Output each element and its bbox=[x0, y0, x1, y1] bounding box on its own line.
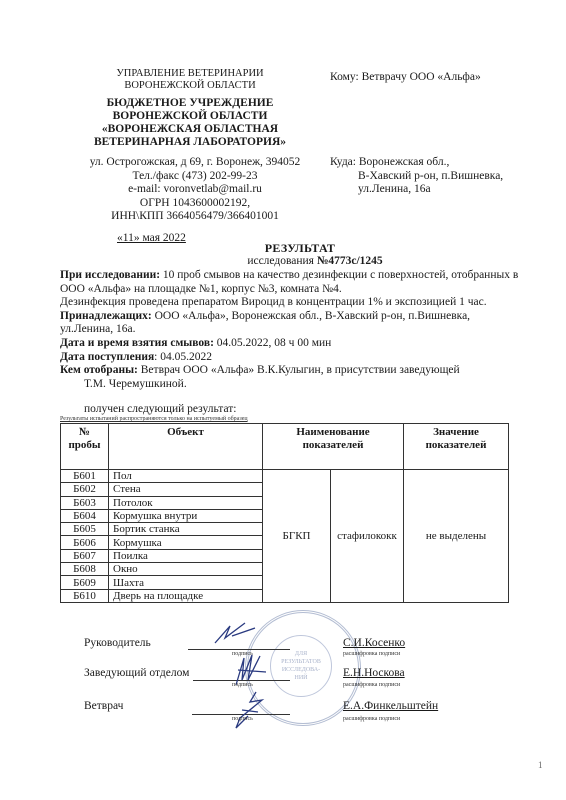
study-text1: 10 проб смывов на качество дезинфекции с… bbox=[160, 269, 518, 281]
owner-line: Принадлежащих: ООО «Альфа», Воронежская … bbox=[60, 310, 550, 324]
result-subtitle-prefix: исследования bbox=[247, 255, 317, 267]
result-title: РЕЗУЛЬТАТ bbox=[60, 241, 540, 255]
decode-caption-1: расшифровка подписи bbox=[343, 651, 400, 657]
collected-text1: Ветврач ООО «Альфа» В.К.Кулыгин, в прису… bbox=[138, 364, 460, 376]
org-name: БЮДЖЕТНОЕ УЧРЕЖДЕНИЕ ВОРОНЕЖСКОЙ ОБЛАСТИ… bbox=[80, 97, 300, 149]
row-object: Кормушка внутри bbox=[109, 509, 263, 522]
org-parent-line1: УПРАВЛЕНИЕ ВЕТЕРИНАРИИ bbox=[100, 68, 280, 80]
study-text3: Дезинфекция проведена препаратом Вироцид… bbox=[60, 296, 550, 310]
header-object: Объект bbox=[109, 424, 263, 470]
org-address: ул. Острогожская, д 69, г. Воронеж, 3940… bbox=[80, 156, 310, 170]
org-inn-kpp: ИНН\КПП 3664056479/366401001 bbox=[80, 210, 310, 224]
decode-caption-2: расшифровка подписи bbox=[343, 682, 400, 688]
signer-name-3: Е.А.Финкельштейн bbox=[343, 700, 438, 712]
table-row: Б601 Пол БГКП стафилококк не выделены bbox=[61, 470, 509, 483]
signature-scribble-3 bbox=[228, 688, 268, 733]
row-num: Б610 bbox=[61, 589, 109, 602]
signature-scribble-1 bbox=[210, 618, 260, 648]
header-value: Значение показателей bbox=[404, 424, 509, 470]
org-parent: УПРАВЛЕНИЕ ВЕТЕРИНАРИИ ВОРОНЕЖСКОЙ ОБЛАС… bbox=[100, 68, 280, 92]
org-ogrn: ОГРН 1043600002192, bbox=[80, 197, 310, 211]
recipient-where: Куда: Воронежская обл., В-Хавский р-он, … bbox=[330, 156, 503, 197]
signer-role-2: Заведующий отделом bbox=[84, 667, 189, 679]
org-name-line3: «ВОРОНЕЖСКАЯ ОБЛАСТНАЯ bbox=[80, 123, 300, 136]
stamp-line1: ДЛЯ bbox=[281, 650, 321, 658]
row-num: Б603 bbox=[61, 496, 109, 509]
header-indicator-line1: Наименование bbox=[267, 426, 399, 439]
row-num: Б608 bbox=[61, 563, 109, 576]
stamp-line2: РЕЗУЛЬТАТОВ bbox=[281, 658, 321, 666]
row-num: Б602 bbox=[61, 483, 109, 496]
signature-caption-3: подпись bbox=[232, 716, 253, 722]
received-text: : 04.05.2022 bbox=[154, 351, 212, 363]
row-object: Бортик станка bbox=[109, 523, 263, 536]
recipient-where-line3: ул.Ленина, 16а bbox=[330, 183, 503, 197]
study-line: При исследовании: 10 проб смывов на каче… bbox=[60, 269, 550, 283]
study-label: При исследовании: bbox=[60, 269, 160, 281]
owner-text2: ул.Ленина, 16а. bbox=[60, 323, 550, 337]
study-details: При исследовании: 10 проб смывов на каче… bbox=[60, 269, 550, 391]
org-parent-line2: ВОРОНЕЖСКОЙ ОБЛАСТИ bbox=[100, 80, 280, 92]
row-object: Стена bbox=[109, 483, 263, 496]
stamp-line3: ИССЛЕДОВА- bbox=[281, 666, 321, 674]
owner-text1: ООО «Альфа», Воронежская обл., В-Хавский… bbox=[152, 310, 470, 322]
result-note: Результаты испытаний распространяются то… bbox=[60, 416, 248, 423]
row-object: Кормушка bbox=[109, 536, 263, 549]
page-number: 1 bbox=[538, 760, 543, 770]
decode-caption-3: расшифровка подписи bbox=[343, 716, 400, 722]
org-name-line4: ВЕТЕРИНАРНАЯ ЛАБОРАТОРИЯ» bbox=[80, 136, 300, 149]
org-name-line1: БЮДЖЕТНОЕ УЧРЕЖДЕНИЕ bbox=[80, 97, 300, 110]
result-title-block: РЕЗУЛЬТАТ исследования №4773с/1245 bbox=[60, 241, 540, 268]
org-name-line2: ВОРОНЕЖСКОЙ ОБЛАСТИ bbox=[80, 110, 300, 123]
row-object: Потолок bbox=[109, 496, 263, 509]
collected-text2: Т.М. Черемушкиной. bbox=[60, 378, 550, 392]
row-num: Б609 bbox=[61, 576, 109, 589]
row-object: Поилка bbox=[109, 549, 263, 562]
signer-role-1: Руководитель bbox=[84, 637, 151, 649]
indicator-value: не выделены bbox=[404, 470, 509, 603]
row-num: Б604 bbox=[61, 509, 109, 522]
received-label: Дата поступления bbox=[60, 351, 154, 363]
header-num: № пробы bbox=[61, 424, 109, 470]
org-email: e-mail: voronvetlab@mail.ru bbox=[80, 183, 310, 197]
header-indicator: Наименование показателей bbox=[263, 424, 404, 470]
sampling-label: Дата и время взятия смывов: bbox=[60, 337, 214, 349]
result-number: №4773с/1245 bbox=[317, 255, 383, 267]
row-object: Окно bbox=[109, 563, 263, 576]
recipient-where-line2: В-Хавский р-он, п.Вишневка, bbox=[330, 170, 503, 184]
signer-name-2: Е.Н.Носкова bbox=[343, 667, 405, 679]
header-num-line2: пробы bbox=[65, 439, 104, 452]
org-contacts: ул. Острогожская, д 69, г. Воронеж, 3940… bbox=[80, 156, 310, 224]
row-object: Шахта bbox=[109, 576, 263, 589]
owner-label: Принадлежащих: bbox=[60, 310, 152, 322]
row-object: Пол bbox=[109, 470, 263, 483]
stamp-inner: ДЛЯ РЕЗУЛЬТАТОВ ИССЛЕДОВА- НИЙ bbox=[270, 635, 332, 697]
row-num: Б605 bbox=[61, 523, 109, 536]
header-value-line2: показателей bbox=[408, 439, 504, 452]
row-num: Б607 bbox=[61, 549, 109, 562]
signer-name-1: С.И.Косенко bbox=[343, 637, 405, 649]
header-value-line1: Значение bbox=[408, 426, 504, 439]
received-line: Дата поступления: 04.05.2022 bbox=[60, 351, 550, 365]
recipient-where-line1: Куда: Воронежская обл., bbox=[330, 156, 503, 170]
signer-role-3: Ветврач bbox=[84, 700, 123, 712]
row-num: Б601 bbox=[61, 470, 109, 483]
indicator-name: стафилококк bbox=[331, 470, 404, 603]
sampling-line: Дата и время взятия смывов: 04.05.2022, … bbox=[60, 337, 550, 351]
recipient-to: Кому: Ветврачу ООО «Альфа» bbox=[330, 71, 481, 85]
result-subtitle: исследования №4773с/1245 bbox=[60, 255, 540, 268]
study-text2: ООО «Альфа» на площадке №1, корпус №3, к… bbox=[60, 283, 550, 297]
results-table: № пробы Объект Наименование показателей … bbox=[60, 423, 509, 603]
org-phone: Тел./факс (473) 202-99-23 bbox=[80, 170, 310, 184]
row-object: Дверь на площадке bbox=[109, 589, 263, 602]
collected-label: Кем отобраны: bbox=[60, 364, 138, 376]
sampling-text: 04.05.2022, 08 ч 00 мин bbox=[214, 337, 331, 349]
header-indicator-line2: показателей bbox=[267, 439, 399, 452]
table-header-row: № пробы Объект Наименование показателей … bbox=[61, 424, 509, 470]
collected-line: Кем отобраны: Ветврач ООО «Альфа» В.К.Ку… bbox=[60, 364, 550, 378]
header-num-line1: № bbox=[65, 426, 104, 439]
row-num: Б606 bbox=[61, 536, 109, 549]
indicator-group: БГКП bbox=[263, 470, 331, 603]
result-intro: получен следующий результат: bbox=[84, 403, 236, 417]
